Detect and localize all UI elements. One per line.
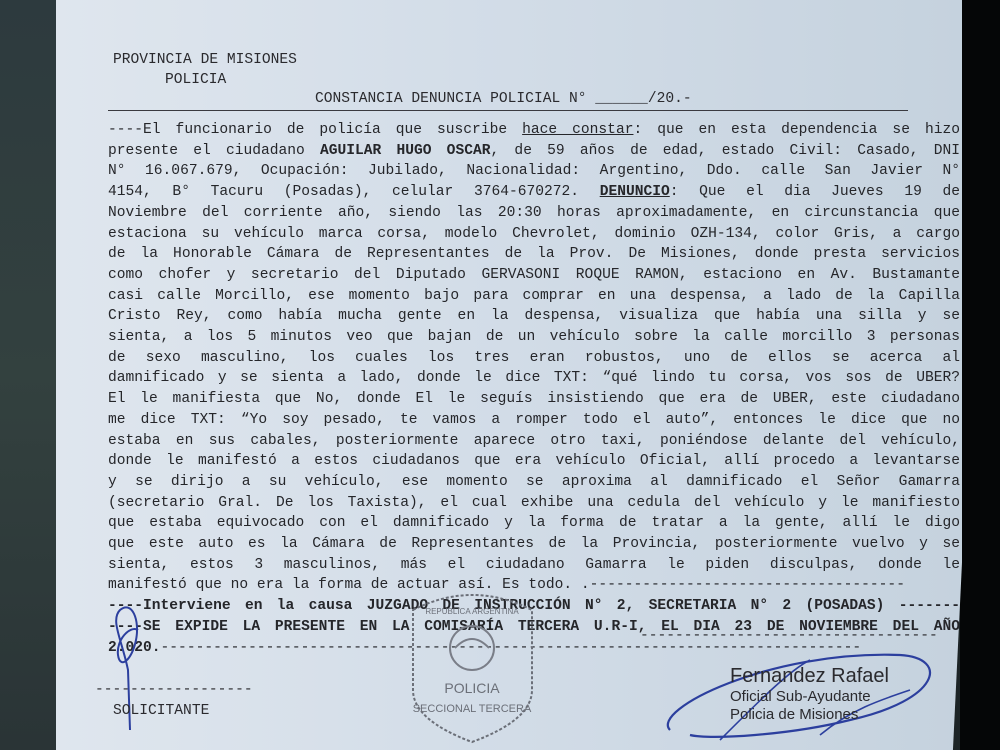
svg-text:SECCIONAL TERCERA: SECCIONAL TERCERA [413,703,532,715]
body-line: El le manifiesta que No, donde El le seg… [108,389,960,409]
body-line: presente el ciudadano AGUILAR HUGO OSCAR… [108,141,960,161]
document-title: CONSTANCIA DENUNCIA POLICIAL N° ______/2… [315,91,692,107]
body-segment: de la Honorable Cámara de Representantes… [108,246,960,262]
background-shadow-right [960,0,1000,750]
officer-org: Policia de Misiones [730,706,889,724]
body-segment: presente el ciudadano [108,143,320,159]
body-line: donde le manifestó a estos ciudadanos qu… [108,451,960,471]
body-segment: que estaba equivocado con el damnificado… [108,515,960,531]
body-segment: estaciona su vehículo marca corsa, model… [108,226,960,242]
applicant-dashes: ------------------ [95,682,253,698]
header-province: PROVINCIA DE MISIONES [113,52,297,68]
body-segment: El le manifiesta que No, donde El le seg… [108,391,960,407]
body-segment: sienta, a los 5 minutos veo que bajan de… [108,329,960,345]
body-segment: de sexo masculino, los cuales los tres e… [108,350,960,366]
body-segment: Noviembre del corriente año, siendo las … [108,205,960,221]
body-line: que estaba equivocado con el damnificado… [108,513,960,533]
body-line: y se dirijo a su vehículo, ese momento s… [108,472,960,492]
body-segment: estaba en sus cabales, posteriormente ap… [108,433,960,449]
header-agency: POLICIA [165,72,226,88]
body-segment: , de 59 años de edad, estado Civil: Casa… [490,143,960,159]
body-segment: y se dirijo a su vehículo, ese momento s… [108,474,960,490]
officer-block: Fernandez Rafael Oficial Sub-Ayudante Po… [730,665,889,724]
body-line: sienta, estos 3 masculinos, más el ciuda… [108,555,960,575]
body-line: de la Honorable Cámara de Representantes… [108,244,960,264]
body-line: casi calle Morcillo, ese momento bajo pa… [108,286,960,306]
svg-text:REPUBLICA ARGENTINA: REPUBLICA ARGENTINA [425,607,519,616]
body-segment: me dice TXT: “Yo soy pesado, te vamos a … [108,412,960,428]
applicant-label: SOLICITANTE [113,703,209,719]
number-blank: ______ [595,91,648,107]
body-line: ----El funcionario de policía que suscri… [108,120,960,140]
body-line: de sexo masculino, los cuales los tres e… [108,348,960,368]
body-line: (secretario Gral. De los Taxista), el cu… [108,493,960,513]
body-segment: : Que el dia Jueves 19 de [670,184,960,200]
body-line: N° 16.067.679, Ocupación: Jubilado, Naci… [108,161,960,181]
body-segment: (secretario Gral. De los Taxista), el cu… [108,495,960,511]
body-line: estaba en sus cabales, posteriormente ap… [108,431,960,451]
body-line: Noviembre del corriente año, siendo las … [108,203,960,223]
body-segment: damnificado y se sienta a lado, donde le… [108,370,960,386]
background-surface-left [0,0,56,750]
body-segment: N° 16.067.679, Ocupación: Jubilado, Naci… [108,163,960,179]
body-segment: AGUILAR HUGO OSCAR [320,143,491,159]
body-segment: casi calle Morcillo, ese momento bajo pa… [108,288,960,304]
body-segment: Cristo Rey, como había mucha gente en la… [108,308,960,324]
body-segment: que este auto es la Cámara de Representa… [108,536,960,552]
body-line: Cristo Rey, como había mucha gente en la… [108,306,960,326]
body-line: estaciona su vehículo marca corsa, model… [108,224,960,244]
applicant-signature-icon [100,600,180,740]
body-segment: como chofer y secretario del Diputado GE… [108,267,960,283]
body-line: sienta, a los 5 minutos veo que bajan de… [108,327,960,347]
body-segment: : que en esta dependencia se hizo [633,122,960,138]
officer-rank: Oficial Sub-Ayudante [730,688,889,706]
header-rule [108,110,908,111]
body-segment: hace constar [522,122,633,138]
body-segment: ----El funcionario de policía que suscri… [108,122,522,138]
police-stamp-icon: POLICIA SECCIONAL TERCERA REPUBLICA ARGE… [405,590,540,745]
body-segment: 4154, B° Tacuru (Posadas), celular 3764-… [108,184,600,200]
body-segment: donde le manifestó a estos ciudadanos qu… [108,453,960,469]
body-line: 4154, B° Tacuru (Posadas), celular 3764-… [108,182,960,202]
officer-name: Fernandez Rafael [730,665,889,688]
body-line: que este auto es la Cámara de Representa… [108,534,960,554]
year-suffix: /20.- [648,91,692,107]
svg-text:POLICIA: POLICIA [444,680,500,696]
body-line: damnificado y se sienta a lado, donde le… [108,368,960,388]
body-segment: DENUNCIO [600,184,670,200]
body-segment: sienta, estos 3 masculinos, más el ciuda… [108,557,960,573]
body-line: como chofer y secretario del Diputado GE… [108,265,960,285]
title-text: CONSTANCIA DENUNCIA POLICIAL N° [315,91,587,107]
body-line: me dice TXT: “Yo soy pesado, te vamos a … [108,410,960,430]
